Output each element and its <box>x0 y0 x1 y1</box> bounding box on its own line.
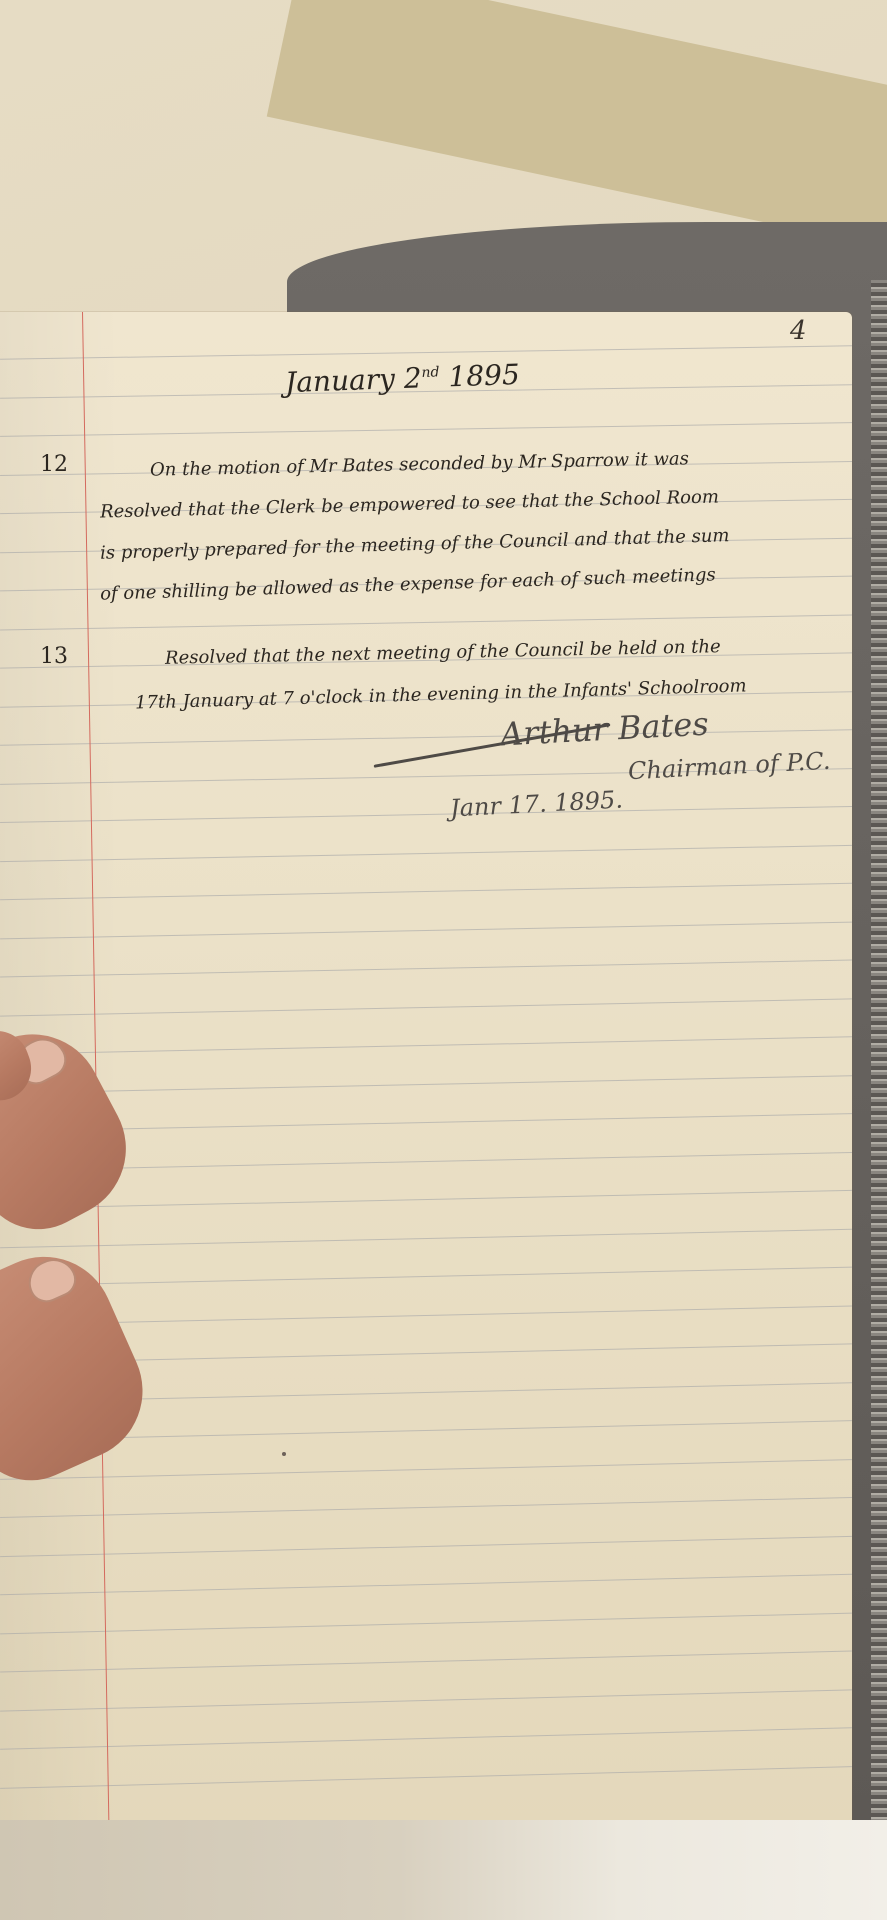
date-heading-year: 1895 <box>448 358 520 393</box>
ruled-line <box>0 614 852 630</box>
signature-date: Janr 17. 1895. <box>449 785 623 822</box>
ruled-line <box>0 1497 852 1518</box>
ruled-line <box>0 1689 852 1711</box>
ruled-line <box>0 1075 852 1094</box>
ruled-line <box>0 1036 852 1054</box>
ruled-line <box>0 998 852 1016</box>
minute-number: 13 <box>40 644 68 669</box>
date-heading-suffix: nd <box>421 364 440 381</box>
ruled-line <box>0 921 852 939</box>
ruled-line <box>0 1535 852 1556</box>
ruled-line <box>0 1151 852 1170</box>
book-spine-edge <box>871 280 887 1840</box>
minute-line: of one shilling be allowed as the expens… <box>100 564 716 604</box>
minute-line: is properly prepared for the meeting of … <box>100 525 730 564</box>
ruled-line <box>0 960 852 978</box>
minute-line: Resolved that the next meeting of the Co… <box>165 636 721 669</box>
ruled-line <box>0 1459 852 1480</box>
paper-speck <box>282 1452 286 1456</box>
ruled-line <box>0 1228 852 1248</box>
ruled-line <box>0 1766 852 1789</box>
date-heading-text: January 2 <box>284 361 422 399</box>
signature-role: Chairman of P.C. <box>627 747 831 786</box>
ledger-page: 4 January 2nd 1895 12 On the motion of M… <box>0 312 852 1832</box>
background-fabric <box>0 1820 887 1920</box>
ruled-line <box>0 806 852 823</box>
date-heading: January 2nd 1895 <box>284 358 520 399</box>
ruled-line <box>0 1190 852 1209</box>
ruled-line <box>0 422 852 437</box>
ruled-line <box>0 1574 852 1596</box>
ruled-line <box>0 1612 852 1634</box>
ruled-line <box>0 844 852 861</box>
ruled-line <box>0 1113 852 1132</box>
minute-number: 12 <box>40 452 68 477</box>
minute-line: Resolved that the Clerk be empowered to … <box>100 486 719 522</box>
ruled-line <box>0 1305 852 1325</box>
ruled-line <box>0 1727 852 1749</box>
ruled-line <box>0 345 852 359</box>
ruled-line <box>0 1267 852 1287</box>
ruled-line <box>0 883 852 901</box>
ruled-line <box>0 729 852 746</box>
page-number: 4 <box>790 316 807 346</box>
ruled-line <box>0 1651 852 1673</box>
minute-line: On the motion of Mr Bates seconded by Mr… <box>150 448 689 480</box>
signature-name: Arthur Bates <box>499 705 709 754</box>
